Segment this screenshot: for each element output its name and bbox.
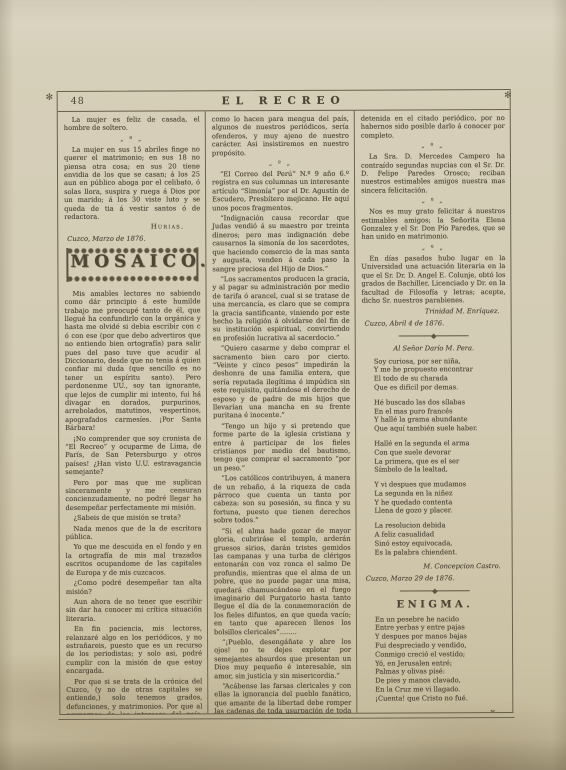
mosaico-title: MOSAICO.	[70, 252, 207, 273]
paragraph: En días pasados hubo lugar en la Univers…	[361, 254, 505, 305]
verse-stanza: Soy curiosa, por ser niña, Y me he propu…	[362, 357, 506, 393]
column-3: detenida en el citado periódico, por no …	[355, 110, 513, 713]
scanned-page: ✻ 48 EL RECREO ✻ La mujer es feliz de ca…	[0, 0, 566, 770]
paragraph: ¿Como podré desempeñar tan alta misión?	[66, 578, 202, 595]
fleuron-icon: ✻	[46, 93, 54, 103]
paragraph: La mujer es feliz de casada, el hombre d…	[64, 115, 200, 132]
asterism-separator: „ º „	[64, 134, 200, 144]
page-header: ✻ 48 EL RECREO ✻	[58, 90, 510, 112]
page-frame: ✻ 48 EL RECREO ✻ La mujer es feliz de ca…	[57, 89, 514, 715]
verse-signature: X.	[363, 709, 507, 713]
section-heading: ENIGMA.	[363, 601, 507, 610]
column-layout: La mujer es feliz de casada, el hombre d…	[58, 110, 513, 714]
dateline: Cuzco, Marzo de 1876.	[64, 234, 200, 243]
paragraph: Nada menos que de la de escritora públic…	[66, 524, 202, 541]
divider-rule	[400, 587, 470, 594]
paragraph: ¿Sabeis de que misión se trata?	[65, 514, 201, 523]
paragraph: Pero por mas que me suplican sincerament…	[65, 478, 201, 512]
verse-stanza: La resolucion debida A feliz casualidad …	[363, 521, 507, 557]
verse-stanza: Hé buscado las dos sílabas En el mas pur…	[362, 398, 506, 434]
section-box: MOSAICO.	[66, 248, 198, 282]
fleuron-icon: ✻	[504, 91, 522, 101]
dateline: Cuzco, Marzo 29 de 1876.	[363, 574, 507, 583]
paragraph: “Los católicos contribuyen, á manera de …	[213, 474, 350, 525]
column-2: como lo hacen para mengua del país, algu…	[205, 111, 358, 714]
signature: Hurias.	[64, 223, 200, 232]
divider-rule	[399, 332, 469, 339]
paragraph: La mujer en sus 15 abriles finge no quer…	[64, 145, 200, 221]
asterism-separator: „ º „	[361, 196, 505, 206]
paragraph: como lo hacen para mengua del país, algu…	[212, 115, 349, 158]
paragraph: Nos es muy grato felicitar á nuestros es…	[361, 207, 505, 241]
paragraph: “Los sacramentos producen la gracia, y a…	[212, 275, 349, 343]
paragraph: “Quiero casarme y debo comprar el sacram…	[213, 344, 350, 420]
dedication-line: Al Señor Darío M. Pera.	[362, 344, 506, 353]
column-1: La mujer es feliz de casada, el hombre d…	[58, 111, 208, 714]
verse-stanza: Y vi despues que mudamos La segunda en l…	[362, 480, 506, 516]
paragraph: Aun ahora de no tener que escribir sin d…	[66, 597, 202, 623]
signature: M. Concepcion Castro.	[363, 563, 507, 572]
masthead-title: EL RECREO	[58, 94, 510, 108]
paragraph: Mis amables lectores no sabiendo como dá…	[65, 289, 202, 432]
paragraph: “Acábense las farsas clericales y con el…	[214, 682, 351, 714]
paragraph: “Tengo un hijo y si pretendo que forme p…	[213, 422, 350, 473]
paragraph: La Sra. D. Mercedes Campero ha contraído…	[361, 152, 505, 195]
paragraph: “El Correo del Perú” N.º 9 año 6.º regis…	[212, 170, 349, 213]
dateline: Cuzco, Abril 4 de 1876.	[362, 319, 506, 328]
paragraph: ¡No comprender que soy cronista de “El R…	[65, 434, 201, 477]
paragraph: En fin paciencia, mis lectores, relanzar…	[66, 624, 202, 675]
paragraph: Yo que me descuida en el fondo y en la o…	[66, 543, 202, 577]
paragraph: detenida en el citado periódico, por no …	[361, 114, 505, 140]
paragraph: Por que si se trata de la crónica del Cu…	[66, 677, 202, 714]
asterism-separator: „ º „	[212, 159, 349, 169]
verse-stanza: En un pesebre he nacido Entre yerbas y e…	[363, 615, 507, 704]
asterism-separator: „ º „	[361, 141, 505, 151]
paragraph: “Si el alma hade gozar de mayor gloria, …	[214, 526, 351, 636]
verse-stanza: Hallé en la segunda el arma Con que suel…	[362, 439, 506, 475]
paragraph: “¡Pueblo, desengáñate y abre los ojos! n…	[214, 638, 351, 681]
signature: Trinidad M. Enríquez.	[362, 307, 506, 316]
paragraph: “Indignación causa recordar que Judas ve…	[212, 214, 349, 273]
asterism-separator: „ º „	[361, 243, 505, 253]
